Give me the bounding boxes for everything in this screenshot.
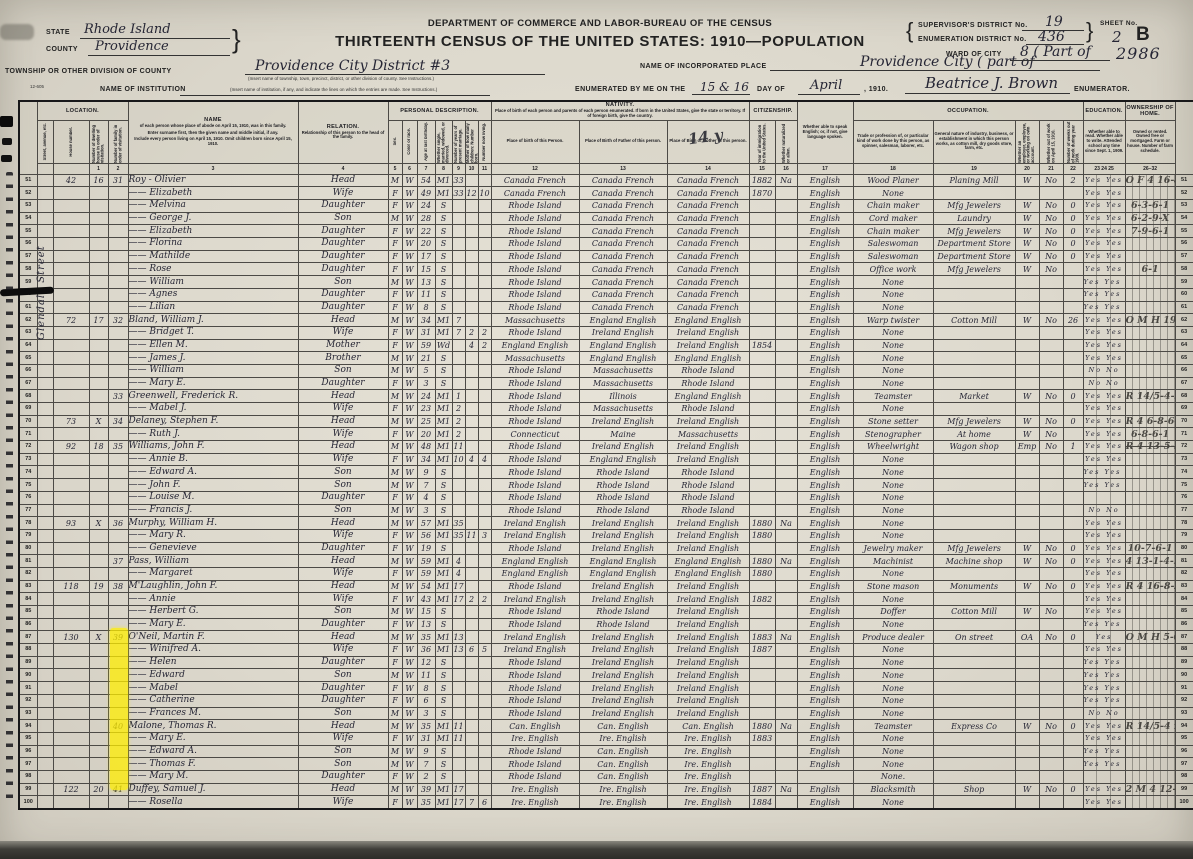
- cell-mar: M1: [435, 517, 452, 530]
- cell-name: —— William: [128, 276, 298, 289]
- table-row: 991222041Duffey, Samuel J.HeadMW39M117Ir…: [19, 783, 1193, 796]
- cell-wk: 2: [1063, 174, 1083, 187]
- cell-nat: [775, 479, 797, 492]
- cell-nat: [775, 301, 797, 314]
- cell-rel: Head: [298, 580, 388, 593]
- cell-cls: [1015, 682, 1039, 695]
- cell-sex: F: [388, 542, 402, 555]
- cell-ind: [933, 364, 1015, 377]
- cell-wk: [1063, 796, 1083, 809]
- cell-cl: [478, 225, 491, 238]
- cell-name: Roy - Olivier: [128, 174, 298, 187]
- cell-sex: F: [388, 428, 402, 441]
- cell-mar: M1: [435, 783, 452, 796]
- cell-fbp: Canada French: [579, 250, 667, 263]
- cell-nat: [775, 796, 797, 809]
- cell-ow: No: [1039, 250, 1063, 263]
- cell-sex: M: [388, 606, 402, 619]
- corner-smudge: [0, 24, 34, 40]
- cell-street: [37, 758, 53, 771]
- cell-house: [53, 352, 89, 365]
- cell-ann: [1125, 758, 1175, 771]
- cell-ln: 52: [19, 187, 37, 200]
- cell-mar: S: [435, 745, 452, 758]
- cell-cls: W: [1015, 238, 1039, 251]
- cell-ann: R 14/5-4-3-X: [1125, 390, 1175, 403]
- cell-mar: S: [435, 238, 452, 251]
- cell-lang: English: [797, 428, 853, 441]
- cell-mar: M1: [435, 720, 452, 733]
- cell-fbp: Ire. English: [579, 796, 667, 809]
- nativity-desc: Place of birth of each person and parent…: [492, 108, 749, 120]
- cell-nat: [775, 314, 797, 327]
- cell-sex: F: [388, 339, 402, 352]
- ward-value: 8 ( Part of: [1020, 44, 1091, 60]
- cell-street: [37, 783, 53, 796]
- cell-mbp: Ireland English: [667, 682, 749, 695]
- cell-name: —— Mary E.: [128, 377, 298, 390]
- cell-mbp: Canada French: [667, 263, 749, 276]
- cell-wk: [1063, 758, 1083, 771]
- cell-nat: [775, 669, 797, 682]
- cell-mar: M1: [435, 529, 452, 542]
- cell-wk: [1063, 707, 1083, 720]
- cell-age: 54: [417, 580, 435, 593]
- cell-mbp: Ireland English: [667, 694, 749, 707]
- cell-line-number-right: 97: [1175, 758, 1193, 771]
- cell-line-number-right: 83: [1175, 580, 1193, 593]
- cell-fbp: Ireland English: [579, 542, 667, 555]
- head-home-ownership: Owned or rented. Owned free or mortgaged…: [1125, 120, 1175, 163]
- cell-ind: [933, 745, 1015, 758]
- cell-lang: English: [797, 339, 853, 352]
- cell-nat: Na: [775, 783, 797, 796]
- cell-wk: 0: [1063, 212, 1083, 225]
- cell-fbp: Canada French: [579, 238, 667, 251]
- cell-occ: None: [853, 326, 933, 339]
- cell-lang: English: [797, 783, 853, 796]
- cell-mar: S: [435, 377, 452, 390]
- cell-wk: 1: [1063, 441, 1083, 454]
- cell-name: —— Elizabeth: [128, 225, 298, 238]
- cell-ind: Mfg Jewelers: [933, 542, 1015, 555]
- cell-ind: Laundry: [933, 212, 1015, 225]
- cell-occ: None: [853, 593, 933, 606]
- cell-nat: [775, 403, 797, 416]
- cell-ed: Yes Yes: [1083, 314, 1125, 327]
- cell-house: [53, 529, 89, 542]
- cell-house: [53, 542, 89, 555]
- cell-ann: 6-1: [1125, 263, 1175, 276]
- cell-lang: English: [797, 694, 853, 707]
- cell-nat: [775, 390, 797, 403]
- cell-race: W: [402, 212, 417, 225]
- cell-ym: [452, 770, 465, 783]
- cell-race: W: [402, 174, 417, 187]
- cell-ow: [1039, 466, 1063, 479]
- cell-lang: English: [797, 250, 853, 263]
- cell-ln: 63: [19, 326, 37, 339]
- cell-street: [37, 618, 53, 631]
- cell-occ: None: [853, 364, 933, 377]
- cell-nat: [775, 453, 797, 466]
- cell-ow: [1039, 529, 1063, 542]
- cell-cl: 2: [478, 326, 491, 339]
- cell-fam: 32: [108, 314, 128, 327]
- cell-ind: Mfg Jewelers: [933, 415, 1015, 428]
- cell-line-number-right: 54: [1175, 212, 1193, 225]
- cell-mbp: Canada French: [667, 238, 749, 251]
- cell-mar: M1: [435, 403, 452, 416]
- cell-ym: [452, 301, 465, 314]
- group-occupation: OCCUPATION.: [853, 101, 1083, 120]
- cell-ann: 6-8-6-1: [1125, 428, 1175, 441]
- cell-cls: W: [1015, 390, 1039, 403]
- cell-age: 21: [417, 352, 435, 365]
- cell-cl: 2: [478, 339, 491, 352]
- cell-fam: [108, 288, 128, 301]
- cell-occ: None: [853, 656, 933, 669]
- table-row: 90—— EdwardSonMW11SRhode IslandIreland E…: [19, 669, 1193, 682]
- cell-dw: X: [89, 631, 108, 644]
- cell-house: [53, 288, 89, 301]
- cell-mbp: Ire. English: [667, 770, 749, 783]
- cell-ym: [452, 694, 465, 707]
- cell-line-number-right: 70: [1175, 415, 1193, 428]
- cell-mar: S: [435, 212, 452, 225]
- cell-mbp: Canada French: [667, 225, 749, 238]
- cell-occ: None: [853, 339, 933, 352]
- cell-ym: [452, 288, 465, 301]
- cell-nat: [775, 707, 797, 720]
- cell-occ: None: [853, 669, 933, 682]
- cell-cls: [1015, 770, 1039, 783]
- head-birthplace: Place of birth of this Person.: [491, 120, 579, 163]
- cell-bp: Ire. English: [491, 783, 579, 796]
- cell-mbp: Canada French: [667, 174, 749, 187]
- cell-fam: [108, 479, 128, 492]
- cell-mbp: Canada French: [667, 212, 749, 225]
- cell-ann: [1125, 453, 1175, 466]
- cell-cb: [465, 441, 478, 454]
- cell-ow: No: [1039, 428, 1063, 441]
- cell-dw: [89, 187, 108, 200]
- cell-dw: [89, 656, 108, 669]
- cell-wk: [1063, 618, 1083, 631]
- cell-street: [37, 352, 53, 365]
- table-row: 77—— Francis J.SonMW3SRhode IslandRhode …: [19, 504, 1193, 517]
- cell-age: 34: [417, 314, 435, 327]
- cell-ow: No: [1039, 542, 1063, 555]
- cell-sex: M: [388, 555, 402, 568]
- cell-rel: Daughter: [298, 682, 388, 695]
- cell-bp: Canada French: [491, 187, 579, 200]
- cell-lang: English: [797, 326, 853, 339]
- cell-cl: 6: [478, 796, 491, 809]
- cell-nat: [775, 529, 797, 542]
- cell-ind: Cotton Mill: [933, 314, 1015, 327]
- cell-lang: English: [797, 618, 853, 631]
- cell-ym: [452, 377, 465, 390]
- cell-race: W: [402, 263, 417, 276]
- cell-fbp: Rhode Island: [579, 491, 667, 504]
- cell-ln: 74: [19, 466, 37, 479]
- cell-imm: [749, 263, 775, 276]
- cell-name: —— Melvina: [128, 200, 298, 213]
- cell-cb: [465, 225, 478, 238]
- cell-fam: [108, 339, 128, 352]
- cell-wk: 0: [1063, 783, 1083, 796]
- cell-nat: [775, 238, 797, 251]
- cell-ow: [1039, 618, 1063, 631]
- cell-imm: 1854: [749, 339, 775, 352]
- cell-mbp: Ireland English: [667, 631, 749, 644]
- cell-mbp: Canada French: [667, 301, 749, 314]
- cell-wk: [1063, 491, 1083, 504]
- cell-cb: [465, 517, 478, 530]
- cell-sex: F: [388, 301, 402, 314]
- cell-line-number-right: 51: [1175, 174, 1193, 187]
- cell-line-number-right: 76: [1175, 491, 1193, 504]
- cell-rel: Daughter: [298, 491, 388, 504]
- head-weeks-out: Number of weeks out of work during year …: [1063, 120, 1083, 163]
- cell-nat: [775, 187, 797, 200]
- cell-mbp: England English: [667, 555, 749, 568]
- cell-ln: 79: [19, 529, 37, 542]
- cell-bp: Rhode Island: [491, 415, 579, 428]
- cell-rel: Head: [298, 174, 388, 187]
- cell-ind: [933, 301, 1015, 314]
- cell-ann: R 4 16-8-2-7: [1125, 580, 1175, 593]
- cell-ann: [1125, 187, 1175, 200]
- cell-line-number-right: 82: [1175, 567, 1193, 580]
- cell-occ: None: [853, 479, 933, 492]
- cell-sex: F: [388, 656, 402, 669]
- census-sheet: DEPARTMENT OF COMMERCE AND LABOR-BUREAU …: [0, 0, 1193, 859]
- cell-line-number-right: 85: [1175, 606, 1193, 619]
- cell-ln: 55: [19, 225, 37, 238]
- column-number-row: 1 2 3 4 5 6 7 8 9 10 11 12 13 14 15 16 1…: [19, 163, 1193, 174]
- cell-dw: [89, 618, 108, 631]
- cell-lang: English: [797, 542, 853, 555]
- cell-cb: [465, 301, 478, 314]
- cell-age: 56: [417, 529, 435, 542]
- cell-ln: 51: [19, 174, 37, 187]
- cell-cb: [465, 504, 478, 517]
- cell-lang: [797, 770, 853, 783]
- cell-sex: F: [388, 567, 402, 580]
- cell-sex: F: [388, 263, 402, 276]
- cell-ym: 17: [452, 580, 465, 593]
- cell-ed: Yes Yes: [1083, 390, 1125, 403]
- cell-race: W: [402, 377, 417, 390]
- cell-mbp: Ireland English: [667, 580, 749, 593]
- head-children-living: Number now living.: [478, 120, 491, 163]
- cell-ed: Yes Yes: [1083, 352, 1125, 365]
- cell-imm: [749, 491, 775, 504]
- cell-imm: [749, 276, 775, 289]
- cell-race: W: [402, 276, 417, 289]
- cell-cls: [1015, 364, 1039, 377]
- cell-age: 15: [417, 263, 435, 276]
- cell-wk: [1063, 517, 1083, 530]
- cell-rel: Wife: [298, 453, 388, 466]
- cell-cb: 6: [465, 644, 478, 657]
- table-row: 8137Pass, WilliamHeadMW59M14England Engl…: [19, 555, 1193, 568]
- cell-line-number-right: 62: [1175, 314, 1193, 327]
- cell-dw: [89, 352, 108, 365]
- cell-name: —— Lilian: [128, 301, 298, 314]
- table-row: 7893X36Murphy, William H.HeadMW57M135Ire…: [19, 517, 1193, 530]
- cell-race: W: [402, 682, 417, 695]
- cell-cb: [465, 250, 478, 263]
- place-label: NAME OF INCORPORATED PLACE: [640, 63, 767, 70]
- cell-ln: 71: [19, 428, 37, 441]
- cell-occ: Cord maker: [853, 212, 933, 225]
- cell-race: W: [402, 441, 417, 454]
- table-row: 74—— Edward A.SonMW9SRhode IslandRhode I…: [19, 466, 1193, 479]
- cell-fbp: Ireland English: [579, 326, 667, 339]
- cell-race: W: [402, 225, 417, 238]
- cell-house: 73: [53, 415, 89, 428]
- cell-ow: No: [1039, 555, 1063, 568]
- table-row: 63—— Bridget T.WifeFW31M1722Rhode Island…: [19, 326, 1193, 339]
- cell-mbp: Ireland English: [667, 644, 749, 657]
- cell-ed: Yes Yes: [1083, 796, 1125, 809]
- cell-ann: [1125, 466, 1175, 479]
- cell-cb: [465, 682, 478, 695]
- cell-ed: Yes Yes: [1083, 606, 1125, 619]
- cell-name: Delaney, Stephen F.: [128, 415, 298, 428]
- cell-wk: [1063, 263, 1083, 276]
- cell-lang: English: [797, 225, 853, 238]
- cell-mbp: Ireland English: [667, 326, 749, 339]
- cell-ed: Yes Yes: [1083, 542, 1125, 555]
- cell-bp: Rhode Island: [491, 656, 579, 669]
- cell-rel: Son: [298, 758, 388, 771]
- cell-mar: S: [435, 504, 452, 517]
- cell-lang: English: [797, 707, 853, 720]
- cell-rel: Head: [298, 783, 388, 796]
- cell-street: [37, 517, 53, 530]
- cell-nat: Na: [775, 720, 797, 733]
- cell-dw: [89, 466, 108, 479]
- cell-age: 12: [417, 656, 435, 669]
- cell-ind: [933, 517, 1015, 530]
- table-row: 831181938M'Laughlin, John F.HeadMW54M117…: [19, 580, 1193, 593]
- cell-ym: [452, 200, 465, 213]
- cell-ln: 80: [19, 542, 37, 555]
- cell-dw: 18: [89, 441, 108, 454]
- cell-ed: [1083, 491, 1125, 504]
- cell-race: W: [402, 593, 417, 606]
- cell-sex: F: [388, 618, 402, 631]
- cell-wk: 0: [1063, 225, 1083, 238]
- cell-nat: [775, 352, 797, 365]
- cell-house: [53, 276, 89, 289]
- cell-ann: [1125, 276, 1175, 289]
- cell-dw: [89, 529, 108, 542]
- highlight-yellow: [110, 628, 128, 790]
- cell-cl: [478, 517, 491, 530]
- cell-fam: [108, 491, 128, 504]
- cell-cls: W: [1015, 174, 1039, 187]
- cell-mbp: Ireland English: [667, 656, 749, 669]
- cell-cb: [465, 352, 478, 365]
- cell-race: W: [402, 288, 417, 301]
- cell-ann: [1125, 301, 1175, 314]
- cell-ln: 100: [19, 796, 37, 809]
- cell-occ: None: [853, 453, 933, 466]
- cell-sex: M: [388, 669, 402, 682]
- cell-street: [37, 606, 53, 619]
- cell-bp: Rhode Island: [491, 491, 579, 504]
- cell-ln: 83: [19, 580, 37, 593]
- cell-ym: 13: [452, 644, 465, 657]
- cell-ind: Machine shop: [933, 555, 1015, 568]
- cell-cb: [465, 542, 478, 555]
- cell-name: —— Frances M.: [128, 707, 298, 720]
- cell-race: W: [402, 542, 417, 555]
- cell-ow: No: [1039, 174, 1063, 187]
- cell-imm: [749, 669, 775, 682]
- cell-ym: [452, 745, 465, 758]
- cell-cls: [1015, 529, 1039, 542]
- cell-rel: Daughter: [298, 377, 388, 390]
- cell-ed: Yes Yes: [1083, 403, 1125, 416]
- cell-rel: Wife: [298, 732, 388, 745]
- cell-mar: M1: [435, 415, 452, 428]
- cell-mbp: Canada French: [667, 288, 749, 301]
- cell-house: [53, 390, 89, 403]
- cell-bp: Ireland English: [491, 529, 579, 542]
- cell-cb: [465, 403, 478, 416]
- table-row: 53—— MelvinaDaughterFW24SRhode IslandCan…: [19, 200, 1193, 213]
- cell-cb: 12: [465, 187, 478, 200]
- cell-ln: 59: [19, 276, 37, 289]
- cell-name: O'Neil, Martin F.: [128, 631, 298, 644]
- cell-ow: No: [1039, 580, 1063, 593]
- cell-house: 130: [53, 631, 89, 644]
- cell-cls: [1015, 669, 1039, 682]
- cell-cl: [478, 288, 491, 301]
- cell-ym: 2: [452, 428, 465, 441]
- cell-occ: None: [853, 567, 933, 580]
- cell-ind: Planing Mill: [933, 174, 1015, 187]
- cell-mbp: Ire. English: [667, 796, 749, 809]
- cell-lang: English: [797, 301, 853, 314]
- cell-cls: [1015, 517, 1039, 530]
- cell-mar: S: [435, 200, 452, 213]
- cell-fam: [108, 276, 128, 289]
- cell-ln: 73: [19, 453, 37, 466]
- cell-imm: [749, 770, 775, 783]
- cell-age: 23: [417, 403, 435, 416]
- cell-race: W: [402, 200, 417, 213]
- cell-wk: [1063, 682, 1083, 695]
- cell-sex: M: [388, 390, 402, 403]
- cell-street: [37, 555, 53, 568]
- cell-dw: [89, 555, 108, 568]
- cell-line-number-right: 68: [1175, 390, 1193, 403]
- cell-ind: [933, 479, 1015, 492]
- cell-house: 122: [53, 783, 89, 796]
- cell-bp: Rhode Island: [491, 618, 579, 631]
- head-children-born: Mother of how many children: Number born…: [465, 120, 478, 163]
- cell-cb: [465, 707, 478, 720]
- cell-wk: [1063, 644, 1083, 657]
- cell-mbp: England English: [667, 567, 749, 580]
